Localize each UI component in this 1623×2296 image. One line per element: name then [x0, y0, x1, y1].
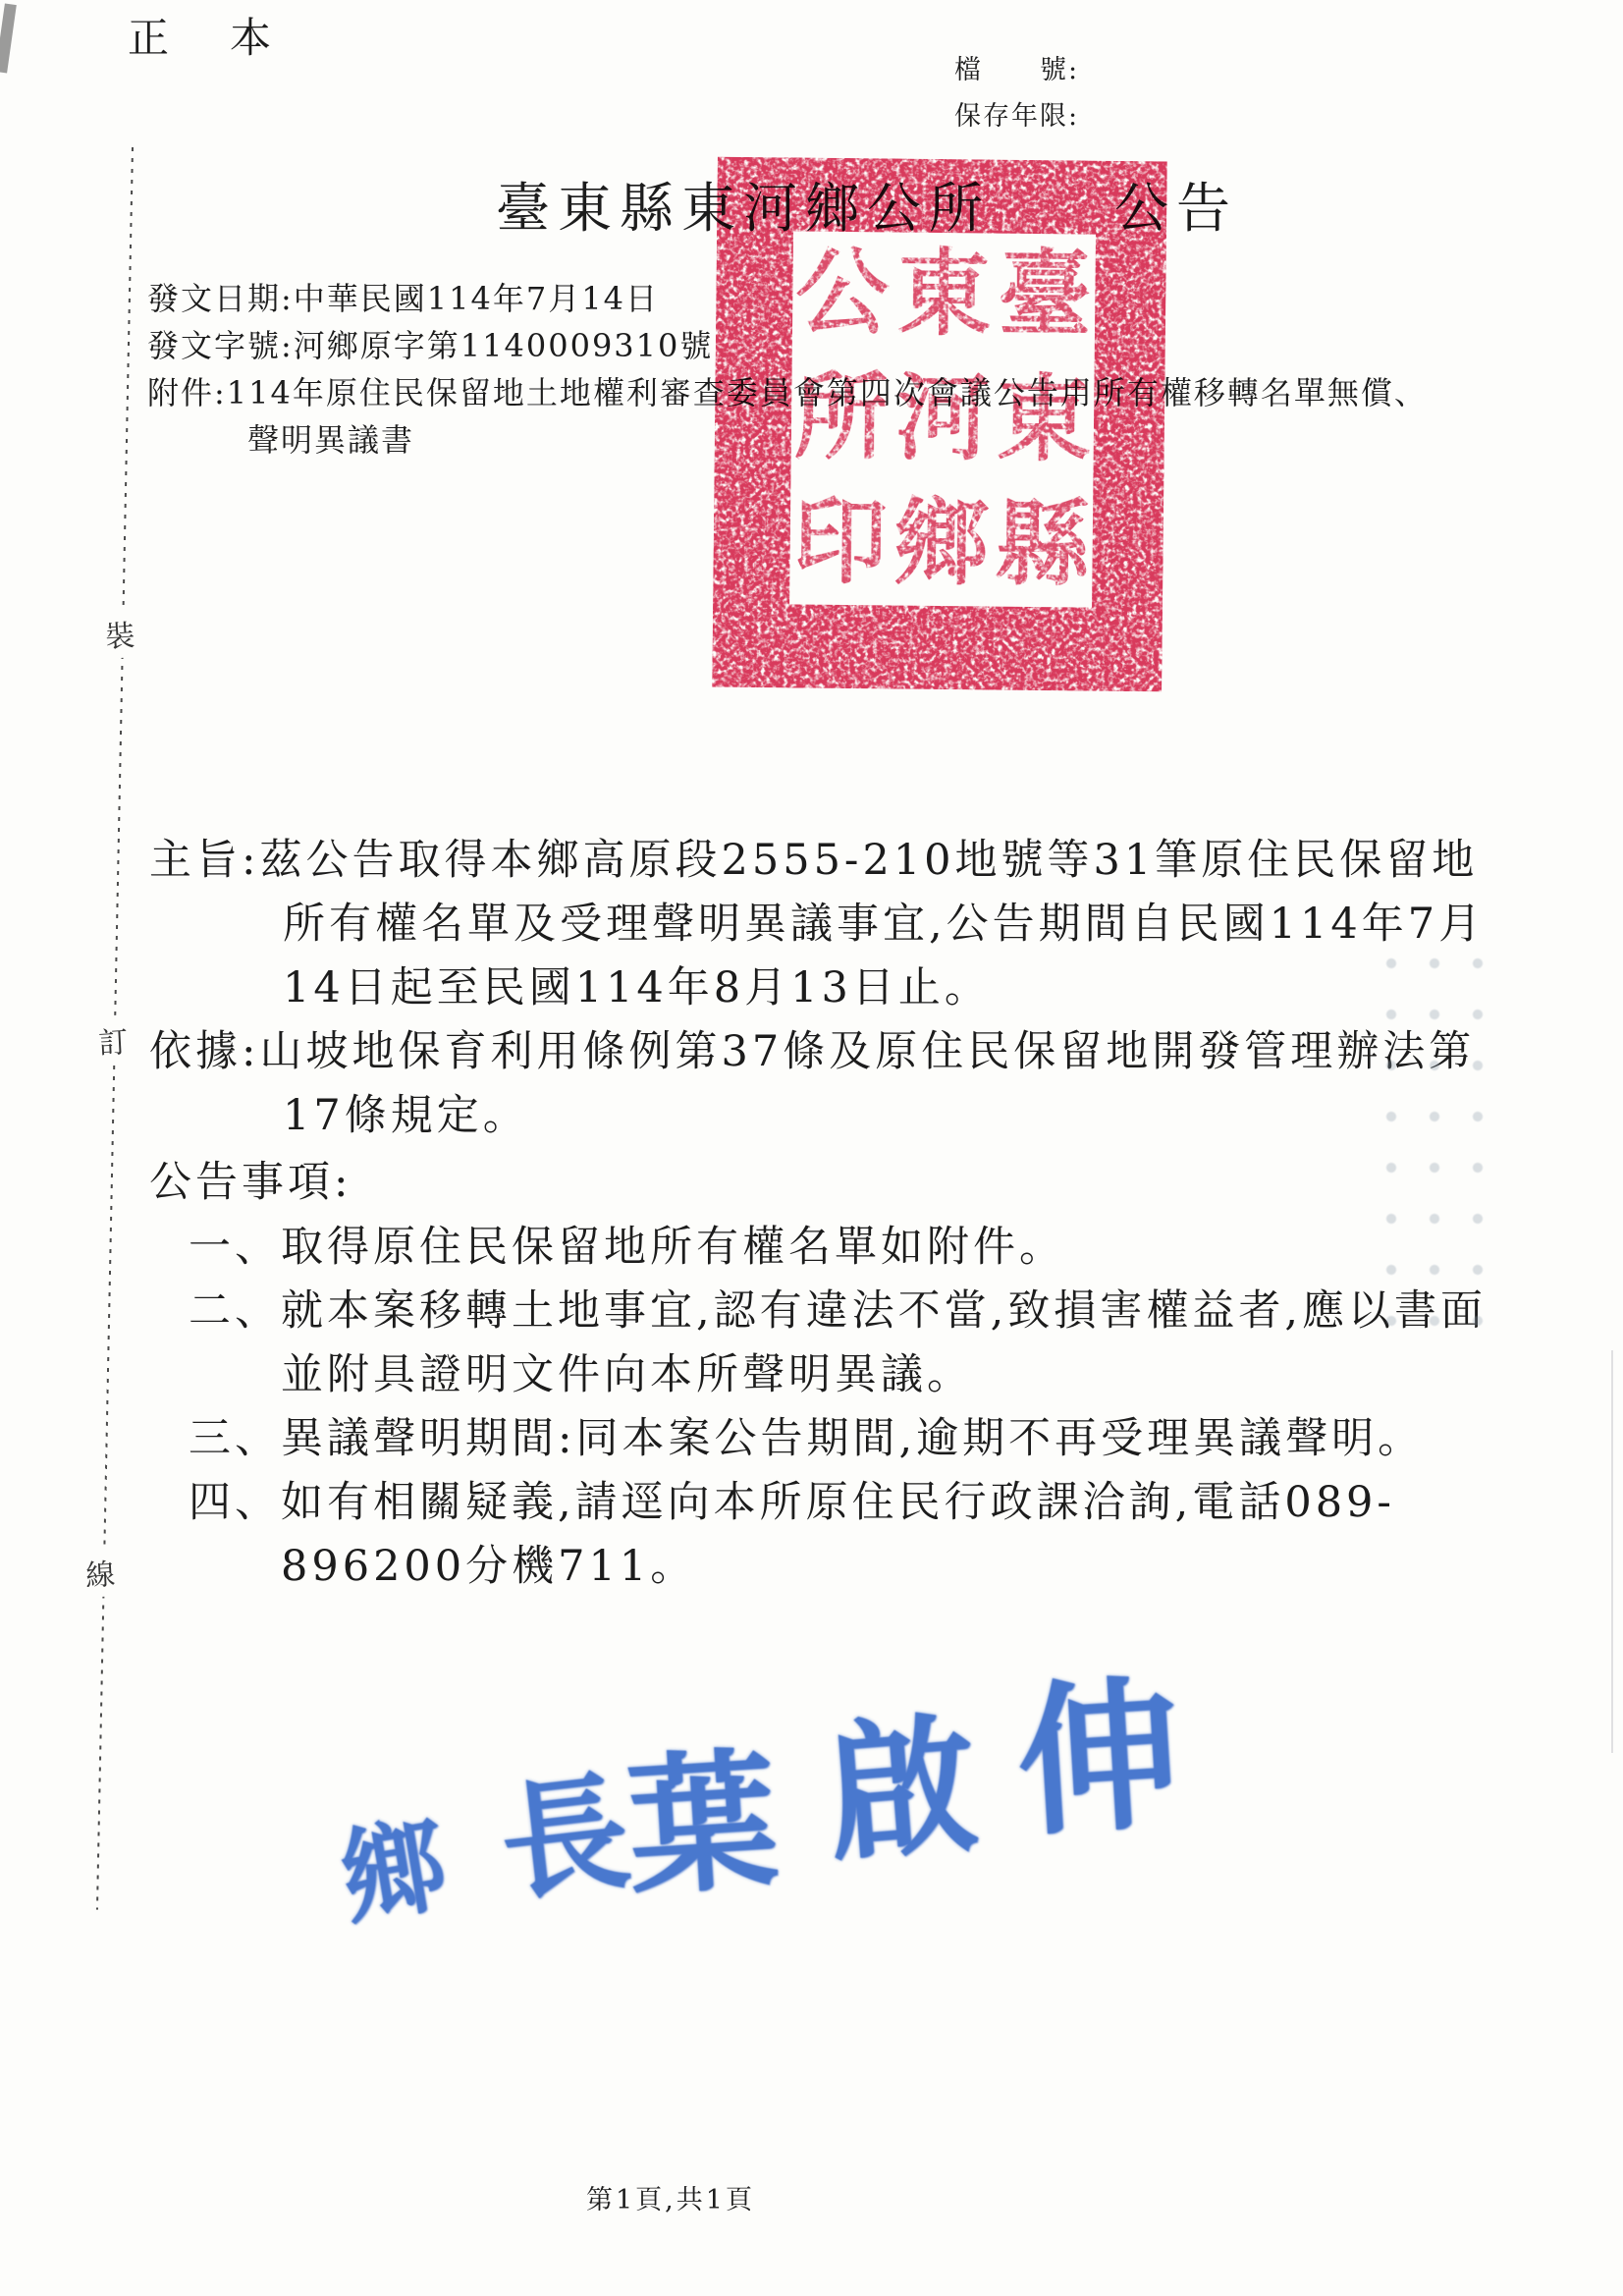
basis-text: 山坡地保育利用條例第37條及原住民保留地開發管理辦法第17條規定。	[260, 1027, 1476, 1140]
basis-label: 依據:	[149, 1027, 260, 1076]
subject-paragraph: 主旨:茲公告取得本鄉高原段2555-210地號等31筆原住民保留地所有權名單及受…	[149, 829, 1509, 1020]
item-2-number: 二、	[189, 1286, 281, 1336]
item-1-number: 一、	[189, 1223, 281, 1272]
retention-period-label: 保存年限:	[954, 93, 1079, 139]
items-heading: 公告事項:	[149, 1151, 352, 1215]
seal-char: 東	[996, 363, 1091, 475]
scan-artifact-dots	[1370, 938, 1502, 1350]
binding-char-ding: 訂	[96, 1014, 131, 1066]
stamp-char-zhang: 長	[490, 1729, 637, 1927]
official-red-seal: 臺 東 縣 東 河 鄉 公 所 印	[712, 157, 1167, 692]
page-footer: 第1頁,共1頁	[586, 2178, 755, 2216]
subject-label: 主旨:	[149, 836, 260, 885]
item-1-text: 取得原住民保留地所有權名單如附件。	[281, 1223, 1065, 1272]
item-4: 四、如有相關疑義,請逕向本所原住民行政課洽詢,電話089-896200分機711…	[189, 1471, 1499, 1599]
seal-char: 臺	[998, 239, 1093, 351]
item-2: 二、就本案移轉土地事宜,認有違法不當,致損害權益者,應以書面並附具證明文件向本所…	[189, 1280, 1499, 1407]
scan-artifact-corner-mark	[0, 4, 17, 74]
stamp-char-xiang: 鄉	[329, 1782, 455, 1945]
seal-char: 河	[894, 362, 990, 474]
attachment-label: 附件:	[147, 374, 227, 411]
file-number-label: 檔 號:	[954, 47, 1079, 93]
stamp-char-ye: 葉	[621, 1701, 783, 1924]
item-2-text: 就本案移轉土地事宜,認有違法不當,致損害權益者,應以書面並附具證明文件向本所聲明…	[281, 1286, 1487, 1399]
seal-char: 東	[896, 238, 992, 350]
stamp-char-qi: 啟	[819, 1665, 985, 1889]
scanned-announcement-page: { "page": { "copy_label": "正 本", "file_n…	[0, 0, 1623, 2296]
red-seal-graphic: 臺 東 縣 東 河 鄉 公 所 印	[712, 157, 1167, 692]
mayor-signature-stamp: 鄉 長 葉 啟 伸	[320, 1620, 1241, 1939]
copy-type-label: 正 本	[128, 6, 281, 65]
seal-char: 公	[795, 236, 891, 348]
seal-char: 鄉	[893, 487, 989, 599]
seal-char: 縣	[995, 488, 1092, 600]
item-4-text: 如有相關疑義,請逕向本所原住民行政課洽詢,電話089-896200分機711。	[281, 1478, 1395, 1591]
filing-block: 檔 號: 保存年限:	[954, 47, 1079, 139]
seal-char: 所	[793, 360, 889, 472]
announcement-items: 一、取得原住民保留地所有權名單如附件。 二、就本案移轉土地事宜,認有違法不當,致…	[189, 1216, 1499, 1599]
item-3: 三、異議聲明期間:同本案公告期間,逾期不再受理異議聲明。	[189, 1407, 1499, 1471]
basis-paragraph: 依據:山坡地保育利用條例第37條及原住民保留地開發管理辦法第17條規定。	[149, 1020, 1509, 1148]
subject-text: 茲公告取得本鄉高原段2555-210地號等31筆原住民保留地所有權名單及受理聲明…	[260, 836, 1486, 1012]
item-4-number: 四、	[189, 1478, 281, 1527]
item-1: 一、取得原住民保留地所有權名單如附件。	[189, 1216, 1499, 1280]
binding-char-xian: 線	[83, 1547, 118, 1598]
item-3-number: 三、	[189, 1414, 281, 1463]
binding-char-zhuang: 裝	[102, 608, 136, 659]
seal-char: 印	[792, 485, 888, 597]
stamp-char-shen: 伸	[1009, 1624, 1186, 1868]
item-3-text: 異議聲明期間:同本案公告期間,逾期不再受理異議聲明。	[281, 1414, 1424, 1463]
scan-artifact-edge-line	[1611, 1350, 1613, 1753]
